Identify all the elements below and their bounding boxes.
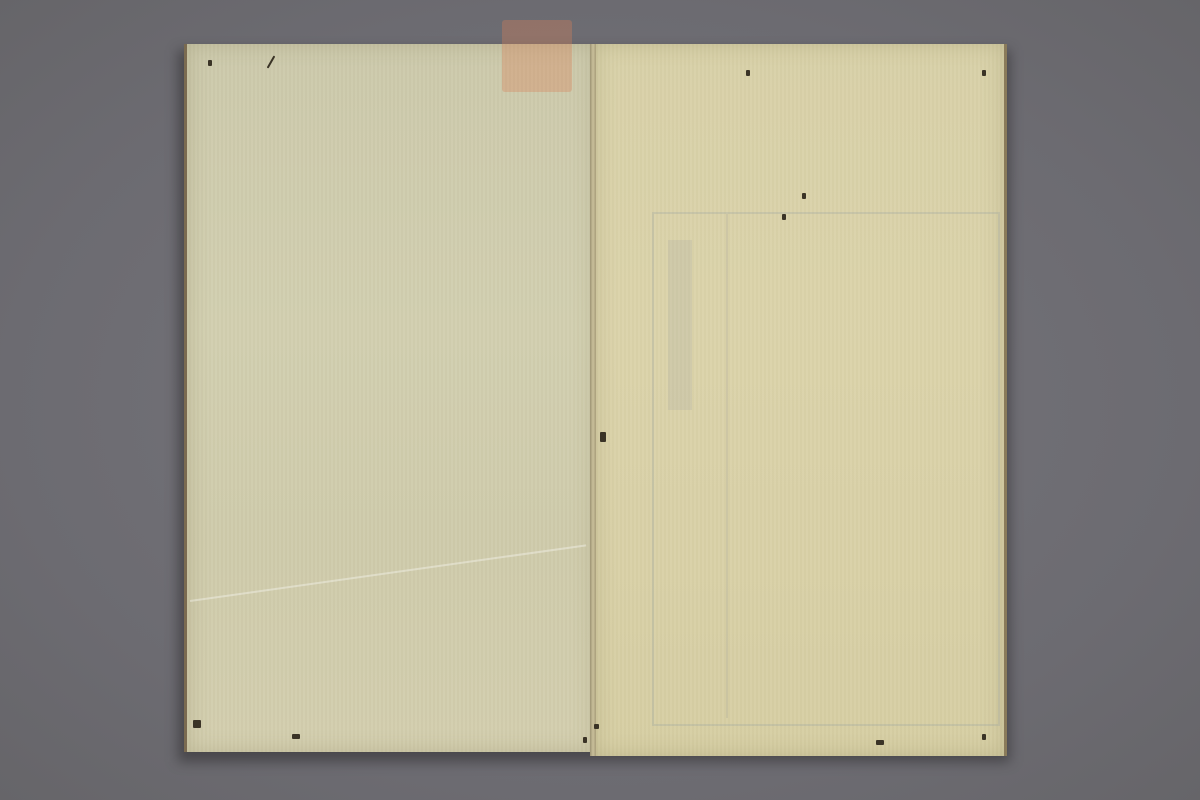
stain-mark xyxy=(600,432,606,442)
show-through-frame xyxy=(652,212,1000,726)
show-through-rule xyxy=(726,214,728,718)
speck-mark xyxy=(876,740,884,745)
left-page: Blank left page xyxy=(184,44,595,752)
speck-mark xyxy=(583,737,587,743)
speck-mark xyxy=(982,734,986,740)
show-through-text xyxy=(668,240,692,410)
speck-mark xyxy=(746,70,750,76)
speck-mark xyxy=(782,214,786,220)
speck-mark xyxy=(802,193,806,199)
speck-mark xyxy=(982,70,986,76)
corner-wear xyxy=(193,720,201,728)
seal-stamp: Faint red seal stamp at top of left page xyxy=(502,20,572,92)
speck-mark xyxy=(208,60,212,66)
book-spine xyxy=(590,44,596,756)
speck-mark xyxy=(292,734,300,739)
speck-mark xyxy=(594,724,599,729)
